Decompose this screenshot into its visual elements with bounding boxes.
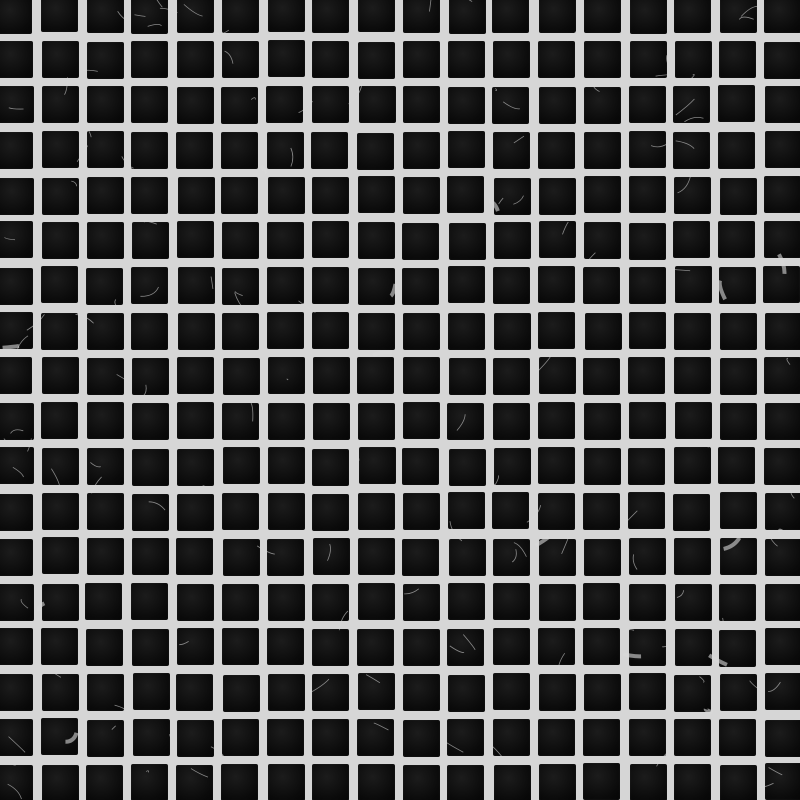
mosaic-tile <box>176 132 213 169</box>
mosaic-tile <box>0 447 34 484</box>
mosaic-tile <box>764 176 800 213</box>
mosaic-tile <box>0 403 34 440</box>
mosaic-tile <box>402 268 439 305</box>
mosaic-tile <box>87 0 124 33</box>
mosaic-tile <box>765 584 800 621</box>
mosaic-tile <box>87 222 124 259</box>
mosaic-tile <box>268 674 305 711</box>
mosaic-tile <box>178 177 215 214</box>
mosaic-tile <box>312 267 349 304</box>
mosaic-tile <box>447 403 484 440</box>
mosaic-tile <box>674 357 711 394</box>
mosaic-tile <box>629 719 666 756</box>
mosaic-tile <box>720 765 757 800</box>
mosaic-tile <box>494 222 531 259</box>
mosaic-tile <box>358 764 395 800</box>
mosaic-tile <box>720 358 757 395</box>
mosaic-tile <box>403 402 440 439</box>
mosaic-tile <box>449 0 486 34</box>
mosaic-tile <box>132 358 169 395</box>
mosaic-tile <box>267 312 304 349</box>
mosaic-tile <box>493 41 530 78</box>
mosaic-tile <box>87 674 124 711</box>
mosaic-tile <box>539 764 576 800</box>
mosaic-tile <box>313 538 350 575</box>
mosaic-tile <box>267 628 304 665</box>
mosaic-tile <box>223 447 260 484</box>
mosaic-tile <box>221 132 258 169</box>
mosaic-tile <box>449 539 486 576</box>
mosaic-tile <box>0 268 33 305</box>
mosaic-tile <box>403 720 440 757</box>
mosaic-tile <box>538 41 575 78</box>
mosaic-tile <box>493 673 530 710</box>
mosaic-tile <box>42 448 79 485</box>
mosaic-tile <box>584 403 621 440</box>
mosaic-tile <box>765 539 800 576</box>
mosaic-tile <box>131 132 168 169</box>
mosaic-tile <box>0 312 33 349</box>
mosaic-tile <box>357 133 394 170</box>
mosaic-tile <box>402 539 439 576</box>
mosaic-tile <box>131 267 168 304</box>
mosaic-tile <box>312 0 349 33</box>
mosaic-tile <box>268 177 305 214</box>
mosaic-tile <box>223 675 260 712</box>
mosaic-tile <box>0 178 34 215</box>
mosaic-tile <box>358 673 395 710</box>
mosaic-tile <box>538 266 575 303</box>
mosaic-tile <box>764 0 800 33</box>
mosaic-tile <box>221 87 258 124</box>
mosaic-tile <box>358 403 395 440</box>
mosaic-tile <box>359 447 396 484</box>
mosaic-tile <box>675 266 712 303</box>
mosaic-tile <box>312 312 349 349</box>
mosaic-tile <box>357 357 394 394</box>
mosaic-tile <box>0 221 33 258</box>
mosaic-tile <box>493 719 530 756</box>
mosaic-tile <box>132 538 169 575</box>
mosaic-tile <box>449 358 486 395</box>
mosaic-tile <box>675 402 712 439</box>
mosaic-tile <box>403 765 440 800</box>
mosaic-tile <box>176 674 213 711</box>
mosaic-tile <box>403 177 440 214</box>
mosaic-tile <box>403 674 440 711</box>
mosaic-tile <box>448 41 485 78</box>
mosaic-tile <box>673 132 710 169</box>
mosaic-tile <box>629 402 666 439</box>
mosaic-tile <box>177 0 214 33</box>
mosaic-tile <box>0 539 33 576</box>
mosaic-tile <box>765 763 800 800</box>
mosaic-tile <box>42 537 79 574</box>
mosaic-tile <box>222 222 259 259</box>
mosaic-tile <box>41 0 78 32</box>
mosaic-tile <box>539 221 576 258</box>
mosaic-tile <box>719 41 756 78</box>
mosaic-tile <box>359 86 396 123</box>
mosaic-tile <box>720 538 757 575</box>
mosaic-tile <box>492 0 529 33</box>
mosaic-tile <box>87 358 124 395</box>
mosaic-tile <box>718 221 755 258</box>
mosaic-tile <box>719 584 756 621</box>
mosaic-tile <box>131 177 168 214</box>
mosaic-tile <box>312 629 349 666</box>
mosaic-tile <box>86 765 123 800</box>
mosaic-tile <box>358 583 395 620</box>
mosaic-tile <box>177 449 214 486</box>
mosaic-tile <box>493 403 530 440</box>
mosaic-tile <box>674 675 711 712</box>
mosaic-tile <box>583 719 620 756</box>
mosaic-tile <box>720 674 757 711</box>
mosaic-tile <box>266 86 303 123</box>
mosaic-tile <box>313 403 350 440</box>
mosaic-tile <box>539 539 576 576</box>
mosaic-tile <box>449 449 486 486</box>
mosaic-tile <box>630 0 667 34</box>
mosaic-tile <box>539 674 576 711</box>
mosaic-tile <box>403 0 440 33</box>
mosaic-tile <box>42 584 79 621</box>
mosaic-tile <box>538 493 575 530</box>
mosaic-tile <box>0 628 33 665</box>
mosaic-tile <box>674 719 711 756</box>
mosaic-tile <box>765 131 800 168</box>
mosaic-tile <box>221 177 258 214</box>
mosaic-tile <box>584 41 621 78</box>
mosaic-tile <box>720 0 757 33</box>
mosaic-tile <box>268 403 305 440</box>
mosaic-tile <box>268 0 305 32</box>
mosaic-tile <box>493 539 530 576</box>
mosaic-tile <box>268 584 305 621</box>
mosaic-tile <box>493 583 530 620</box>
mosaic-tile <box>720 403 757 440</box>
mosaic-tile <box>628 448 665 485</box>
mosaic-tile <box>87 313 124 350</box>
mosaic-tile <box>223 358 260 395</box>
mosaic-tile <box>583 267 620 304</box>
mosaic-tile <box>673 494 710 531</box>
mosaic-tile <box>492 492 529 529</box>
mosaic-tile <box>764 221 800 258</box>
mosaic-tile <box>0 765 33 800</box>
mosaic-tile <box>267 539 304 576</box>
mosaic-tile <box>268 764 305 800</box>
mosaic-tile <box>765 493 800 530</box>
mosaic-tile <box>358 313 395 350</box>
mosaic-tile <box>674 538 711 575</box>
mosaic-tile <box>268 493 305 530</box>
mosaic-tile <box>539 87 576 124</box>
mosaic-tile <box>763 266 800 303</box>
mosaic-tile <box>87 42 124 79</box>
mosaic-tile <box>267 719 304 756</box>
mosaic-tile <box>720 178 757 215</box>
mosaic-tile <box>85 583 122 620</box>
mosaic-tile <box>629 538 666 575</box>
mosaic-tile <box>629 312 666 349</box>
mosaic-tile <box>222 493 259 530</box>
mosaic-tile <box>222 268 259 305</box>
mosaic-tile <box>764 42 800 79</box>
mosaic-tile <box>133 673 170 710</box>
mosaic-tile <box>403 493 440 530</box>
mosaic-tile <box>177 584 214 621</box>
mosaic-tile <box>177 41 214 78</box>
mosaic-tile <box>358 0 395 32</box>
mosaic-tile <box>628 357 665 394</box>
mosaic-tile <box>403 629 440 666</box>
mosaic-tile <box>629 131 666 168</box>
mosaic-tile <box>312 177 349 214</box>
mosaic-tile <box>132 449 169 486</box>
mosaic-tile <box>403 357 440 394</box>
mosaic-tile <box>718 132 755 169</box>
mosaic-tile <box>674 0 711 33</box>
mosaic-tile <box>719 267 756 304</box>
mosaic-tile <box>402 223 439 260</box>
mosaic-tile <box>719 719 756 756</box>
mosaic-tile <box>720 492 757 529</box>
mosaic-tile <box>0 584 34 621</box>
mosaic-tile <box>312 41 349 78</box>
mosaic-tile <box>42 222 79 259</box>
mosaic-tile <box>0 41 33 78</box>
mosaic-tile <box>223 539 260 576</box>
mosaic-tile <box>494 313 531 350</box>
mosaic-tile <box>538 132 575 169</box>
mosaic-tile <box>87 720 124 757</box>
mosaic-tile <box>87 177 124 214</box>
mosaic-tile <box>268 357 305 394</box>
mosaic-tile <box>267 222 304 259</box>
mosaic-tile <box>312 674 349 711</box>
mosaic-tile <box>584 222 621 259</box>
mosaic-tile <box>674 447 711 484</box>
mosaic-tile <box>42 765 79 800</box>
mosaic-tile <box>584 674 621 711</box>
mosaic-tile <box>403 86 440 123</box>
mosaic-tile <box>539 357 576 394</box>
mosaic-tile <box>447 719 484 756</box>
mosaic-tile <box>629 584 666 621</box>
mosaic-tile <box>583 583 620 620</box>
mosaic-tile <box>178 313 215 350</box>
mosaic-tile <box>629 176 666 213</box>
mosaic-tile <box>584 448 621 485</box>
mosaic-tile <box>0 719 33 756</box>
mosaic-tile <box>87 86 124 123</box>
mosaic-tile <box>42 493 79 530</box>
mosaic-tile <box>87 448 124 485</box>
mosaic-tile <box>719 630 756 667</box>
mosaic-tile <box>131 764 168 800</box>
mosaic-tile <box>132 494 169 531</box>
mosaic-tile <box>448 131 485 168</box>
mosaic-tile <box>765 720 800 757</box>
mosaic-tile <box>132 403 169 440</box>
mosaic-tile <box>448 313 485 350</box>
mosaic-tile <box>764 448 800 485</box>
mosaic-tile <box>0 357 32 394</box>
mosaic-tile <box>0 674 33 711</box>
mosaic-tile <box>312 86 349 123</box>
mosaic-tile <box>539 0 576 33</box>
mosaic-tile <box>538 719 575 756</box>
mosaic-tile <box>222 403 259 440</box>
mosaic-tile <box>765 313 800 350</box>
mosaic-tile <box>41 718 78 755</box>
mosaic-tile <box>493 358 530 395</box>
mosaic-tile <box>131 41 168 78</box>
mosaic-tile <box>492 87 529 124</box>
mosaic-tile <box>538 402 575 439</box>
mosaic-tile <box>0 132 33 169</box>
mosaic-tile <box>312 764 349 800</box>
mosaic-tile <box>176 765 213 800</box>
mosaic-tile <box>222 0 259 33</box>
mosaic-tile <box>629 267 666 304</box>
mosaic-tile <box>583 763 620 800</box>
mosaic-tile <box>131 86 168 123</box>
mosaic-tile <box>268 447 305 484</box>
mosaic-tile <box>42 41 79 78</box>
mosaic-tile <box>41 266 78 303</box>
mosaic-tile <box>628 492 665 529</box>
mosaic-tile <box>584 176 621 213</box>
mosaic-tile <box>674 313 711 350</box>
mosaic-tile <box>42 674 79 711</box>
mosaic-tile <box>629 86 666 123</box>
mosaic-tile <box>267 267 304 304</box>
mosaic-tile <box>358 268 395 305</box>
mosaic-tile <box>583 358 620 395</box>
mosaic-tile <box>448 87 485 124</box>
mosaic-tile <box>538 628 575 665</box>
mosaic-tile <box>448 583 485 620</box>
mosaic-tile <box>41 313 78 350</box>
mosaic-tile <box>41 402 78 439</box>
mosaic-tile <box>493 267 530 304</box>
mosaic-tile <box>87 538 124 575</box>
mosaic-tile <box>765 673 800 710</box>
mosaic-tile <box>42 86 79 123</box>
mosaic-tile <box>357 719 394 756</box>
mosaic-tile-photo <box>0 0 800 800</box>
mosaic-tile <box>177 221 214 258</box>
mosaic-tile <box>675 629 712 666</box>
mosaic-tile <box>673 221 710 258</box>
mosaic-tile <box>629 673 666 710</box>
mosaic-tile <box>538 312 575 349</box>
mosaic-tile <box>584 0 621 33</box>
mosaic-tile <box>630 764 667 800</box>
mosaic-tile <box>42 131 79 168</box>
mosaic-tile <box>675 41 712 78</box>
mosaic-tile <box>448 266 485 303</box>
mosaic-tile <box>447 765 484 800</box>
mosaic-tile <box>86 268 123 305</box>
mosaic-tile <box>312 221 349 258</box>
mosaic-tile <box>268 40 305 77</box>
mosaic-tile <box>538 447 575 484</box>
mosaic-tile <box>177 628 214 665</box>
mosaic-tile <box>493 132 530 169</box>
mosaic-tile <box>402 448 439 485</box>
mosaic-tile <box>494 178 531 215</box>
mosaic-tile <box>312 494 349 531</box>
mosaic-tile <box>222 41 259 78</box>
mosaic-tile <box>449 223 486 260</box>
mosaic-tile <box>718 85 755 122</box>
mosaic-tile <box>313 357 350 394</box>
mosaic-tile <box>447 629 484 666</box>
mosaic-tile <box>42 357 79 394</box>
mosaic-tile <box>86 629 123 666</box>
mosaic-tile <box>222 628 259 665</box>
mosaic-tile <box>267 132 304 169</box>
mosaic-tile <box>765 403 800 440</box>
mosaic-tile <box>87 493 124 530</box>
mosaic-tile <box>0 494 33 531</box>
mosaic-tile <box>358 176 395 213</box>
mosaic-tile <box>311 132 348 169</box>
mosaic-tile <box>674 764 711 800</box>
mosaic-tile <box>493 628 530 665</box>
mosaic-tile <box>41 628 78 665</box>
mosaic-tile <box>358 538 395 575</box>
mosaic-tile <box>0 86 34 123</box>
mosaic-tile <box>764 357 800 394</box>
mosaic-tile <box>0 0 32 34</box>
mosaic-tile <box>222 584 259 621</box>
mosaic-tile <box>131 0 168 34</box>
mosaic-tile <box>539 178 576 215</box>
mosaic-tile <box>403 132 440 169</box>
mosaic-tile <box>403 584 440 621</box>
mosaic-tile <box>630 41 667 78</box>
mosaic-tile <box>720 313 757 350</box>
mosaic-tile <box>177 494 214 531</box>
mosaic-tile <box>222 313 259 350</box>
mosaic-tile <box>42 178 79 215</box>
mosaic-tile <box>448 675 485 712</box>
mosaic-tile <box>132 629 169 666</box>
mosaic-tile <box>312 584 349 621</box>
mosaic-tile <box>177 402 214 439</box>
mosaic-tile <box>358 222 395 259</box>
mosaic-tile <box>177 87 214 124</box>
mosaic-tile <box>447 176 484 213</box>
mosaic-tile <box>403 41 440 78</box>
mosaic-tile <box>177 720 214 757</box>
mosaic-tile <box>584 539 621 576</box>
mosaic-tile <box>358 42 395 79</box>
mosaic-tile <box>87 131 124 168</box>
mosaic-tile <box>448 492 485 529</box>
mosaic-tile <box>176 538 213 575</box>
mosaic-tile <box>494 765 531 800</box>
mosaic-tile <box>584 132 621 169</box>
mosaic-tile <box>87 402 124 439</box>
mosaic-tile <box>132 222 169 259</box>
mosaic-tile <box>131 313 168 350</box>
